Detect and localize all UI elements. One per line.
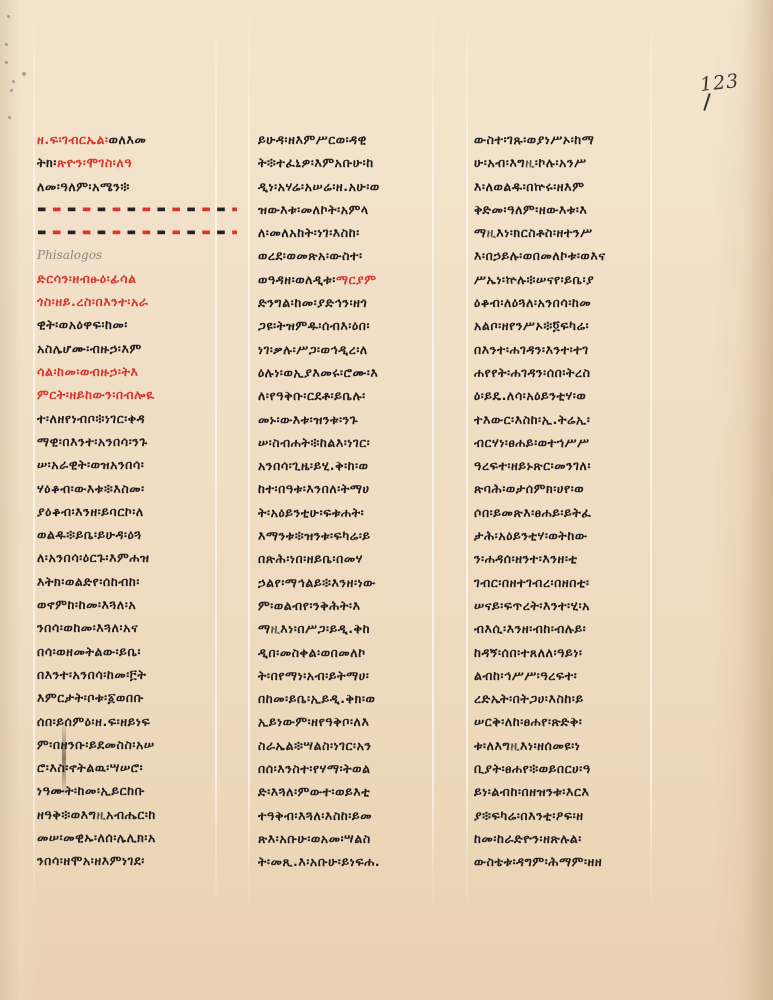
line-text: ገብር፡በዘተገብረ፡በዘበቲ፡: [474, 575, 590, 590]
line-text: መሠ፡መዊኡ፡ለሰ፡ሌሊክ፡አ: [37, 830, 156, 845]
ruling-line: [248, 0, 250, 910]
line-text: በሰ፡እንስተ፡የሃማ፡ትወል: [258, 761, 371, 776]
line-text: ጎስ፡ዘይ.ረስ፡በእንተ፡አራ: [37, 294, 149, 309]
text-line: እትክ፡ወልድየ፡ሰከብከ፡: [37, 570, 237, 593]
text-line: ከዳኝ፡ሰበ፡ተጸለለ፡ዓይነ፡: [474, 641, 674, 664]
line-text: ድ፡እጓለ፡ምውተ፡ወይእቲ: [258, 784, 370, 799]
line-text: ዝውእቱ፡መለኮት፡አምላ: [258, 202, 369, 217]
text-line: ይሁዳ፡ዘእምሥርወ፡ዳዊ: [258, 128, 458, 151]
line-text: ኢይነውም፡ዘየዓቅቦ፡ለእ: [258, 714, 370, 729]
pencil-annotation: Phisalogos: [37, 244, 237, 267]
text-line: ን፡ሐዳሰ፡ዘንተ፡እንዘ፡ቲ: [474, 547, 674, 570]
text-line: አስሌሆሙ፡ብዙኃ፡እም: [37, 337, 237, 360]
text-line: ይነ፡ልብከ፡በዘዝንቱ፡እርእ: [474, 780, 674, 803]
text-line: በጽሕ፡ነበ፡ዘይቤ፡በመሃ: [258, 547, 458, 570]
text-line: ለ፡መለአከት፡ነገ፡እስከ፡: [258, 221, 458, 244]
text-line: መኑ፡ውእቱ፡ዝንቱ፡ንጉ: [258, 408, 458, 431]
line-text: በሳ፡ወዘመትልው፡ይቤ፡: [37, 644, 141, 659]
text-line: ቢያት፡ፀሐየ፨ወይበርሀ፡ዓ: [474, 757, 674, 780]
text-line: ተ፡ለዘየነብቦ፨ነገር፡ቀዳ: [37, 407, 237, 430]
text-line: ቱ፡ለእግዚእነ፡ዘሰመዩ፡ነ: [474, 734, 674, 757]
foxing-spot: [22, 72, 26, 76]
line-text: ሐየየት፡ሐገዳን፡ሰበ፡ትረስ: [474, 365, 591, 380]
foxing-spot: [8, 116, 11, 119]
text-line: ውስቴቱ፡ዳግም፡ሕማም፡ዘዘ: [474, 850, 674, 873]
text-line: ብእሲ፡እንዘ፡ብከ፡ብሉይ፡: [474, 617, 674, 640]
line-text: እ፡በኃይሉ፡ወበመለኮቱ፡ወእና: [474, 248, 606, 263]
text-line: ከተ፡በዓቱ፡እንበለ፡ትማሀ: [258, 477, 458, 500]
line-text: ወዓዳዘ፡ወለዲቱ፡: [258, 272, 336, 287]
decorative-dot-divider: ▬ ▬ ▬ ▬ ▬ ▬ ▬ ▬ ▬ ▬ ▬ ▬ ▬ ▬ ▬ ▬ ▬ ▬ ▬ ▬ …: [37, 221, 237, 244]
line-text: ዘ.ፍ፡ገብርኤል፡: [37, 132, 109, 147]
line-text: ጽባሕ፡ወታሰምክ፡ሀየ፡ወ: [474, 481, 584, 496]
line-text: ጽእ፡አቡሁ፡ወአመ፡ሣልስ: [258, 831, 371, 846]
text-line: ጎስ፡ዘይ.ረስ፡በእንተ፡አራ: [37, 290, 237, 313]
line-text: ዲነ፡አሃሬ፡አሠሬ፡ዘ.አሁ፡ወ: [258, 179, 380, 194]
line-text: ሠ፡ስብሐት፨ከልእ፡ነገር፡: [258, 435, 370, 450]
text-line: ረድኤት፡በትጋሀ፡እስከ፡ይ: [474, 687, 674, 710]
line-text: ለ፡መለአከት፡ነገ፡እስከ፡: [258, 225, 360, 240]
text-line: ሃዕቆብ፡ውእቱ፨እስመ፡: [37, 477, 237, 500]
text-line: ዲበ፡መስቀል፡ወበመለኮ: [258, 641, 458, 664]
text-line: ዕሉነ፡ወኢያእመሩ፡ሮሙ፡እ: [258, 361, 458, 384]
text-line: እ፡ለወልዱ፡በኵሩ፡ዘእም: [474, 175, 674, 198]
line-text: ለመ፡ዓለም፡አሜን፨: [37, 179, 130, 194]
text-line: እ፡በኃይሉ፡ወበመለኮቱ፡ወእና: [474, 244, 674, 267]
text-line: ሠ፡አራዊት፡ወዝአንበሳ፡: [37, 453, 237, 476]
text-line: ወረደ፡ወመጽአ፡ውስተ፡: [258, 244, 458, 267]
folio-mark: [703, 93, 710, 111]
line-text: ወልዱ፨ይቤ፡ይሁዳ፡ዕጓ: [37, 527, 142, 542]
line-text: እትክ፡ወልድየ፡ሰከብከ፡: [37, 574, 140, 589]
line-text: ዕቆብ፡ለዕጓለ፡አንበሳ፡ከመ: [474, 295, 591, 310]
line-text: ሠ፡አራዊት፡ወዝአንበሳ፡: [37, 457, 144, 472]
line-text: ዓረፍተ፡ዘይኑጽር፡መንገለ፡: [474, 458, 591, 473]
folio-number: 123: [699, 70, 740, 96]
text-line: ት፡በየማነ፡አብ፡ይትማሀ፡: [258, 664, 458, 687]
line-text: ቅድመ፡ዓለም፡ዘውእቱ፡እ: [474, 202, 587, 217]
line-text: ትክ፡: [37, 155, 57, 170]
line-text: ረድኤት፡በትጋሀ፡እስከ፡ይ: [474, 691, 584, 706]
text-line: ድንግል፡ከመ፡ያድኅን፡ዘጎ: [258, 291, 458, 314]
line-text: ት፡መጺ.እ፡አቡሁ፡ይነፍሐ.: [258, 854, 380, 869]
line-text: እማንቱ፨ዝንቱ፡ፍካሬ፡ይ: [258, 528, 371, 543]
line-text: መኑ፡ውእቱ፡ዝንቱ፡ንጉ: [258, 412, 358, 427]
text-line: ት፨ተፈኒዎ፡እምአቡሁ፡ከ: [258, 151, 458, 174]
text-line: ለ፡አንበሳ፡ዕርጉ፡እምሐዝ: [37, 546, 237, 569]
text-line: ውስተ፡ገጹ፡ወያነሥኦ፡ከማ: [474, 128, 674, 151]
text-line: ያዕቆብ፡እንዘ፡ይባርኮ፡ለ: [37, 500, 237, 523]
text-line: ዊት፡ወአዕዋፍ፡ከመ፡: [37, 313, 237, 336]
line-text: ኃልየ፡ማኅልይ፨እንዘ፡ነው: [258, 575, 376, 590]
line-text-tail: ወለእመ: [109, 132, 147, 147]
line-text: ያ፨ፍካሬ፡በእንቲ፡ዖፍ፡ዘ: [474, 808, 584, 823]
line-text: ብርሃነ፡ፀሐይ፡ወተኀሥሥ: [474, 435, 590, 450]
text-line: ከመ፡ከራድዮን፡ዘጽሉል፡: [474, 827, 674, 850]
text-line: ዕቆብ፡ለዕጓለ፡አንበሳ፡ከመ: [474, 291, 674, 314]
line-text: በከመ፡ይቤ፡ኢይዲ.ቅክ፡ወ: [258, 691, 375, 706]
line-text: ወረደ፡ወመጽአ፡ውስተ፡: [258, 248, 363, 263]
line-text: ሶበ፡ይመጽእ፡ፀሐይ፡ይትፈ: [474, 505, 591, 520]
text-line: ስራኤል፨ሣልስ፡ነገር፡አን: [258, 734, 458, 757]
line-text: ማዊ፡በእንተ፡አንበሳ፡ንጉ: [37, 434, 148, 449]
text-line: ጽባሕ፡ወታሰምክ፡ሀየ፡ወ: [474, 477, 674, 500]
line-text: ማዚእነ፡ክርስቶስ፡ዘተንሥ: [474, 225, 593, 240]
foxing-spot: [5, 61, 8, 64]
line-text: ቱ፡ለእግዚእነ፡ዘሰመዩ፡ነ: [474, 738, 580, 753]
text-line: ምርት፡ዘይከውን፡በብሎዪ: [37, 383, 237, 406]
line-text: እ፡ለወልዱ፡በኵሩ፡ዘእም: [474, 179, 584, 194]
foxing-spot: [10, 89, 13, 92]
text-line: ሳል፡ከመ፡ወብዙኃ፡ትእ: [37, 360, 237, 383]
text-line: ተእውር፡እስከ፡ኢ.ትሬኢ፡: [474, 408, 674, 431]
line-text: አንበሳ፡ጊዜ፡ይሂ.ቅ፡ከ፡ወ: [258, 458, 369, 473]
line-text: ያዕቆብ፡እንዘ፡ይባርኮ፡ለ: [37, 504, 144, 519]
line-text: ድንግል፡ከመ፡ያድኅን፡ዘጎ: [258, 295, 367, 310]
line-text: ማዚእነ፡በሥጋ፡ይዲ.ቅከ: [258, 621, 370, 636]
line-text: ሥኤነ፡ኵሉ፨ሠናየ፡ይቤ፡ያ: [474, 272, 594, 287]
line-text: ለ፡አንበሳ፡ዕርጉ፡እምሐዝ: [37, 550, 150, 565]
line-text: ት፡አዕይንቲሁ፡ፍቱሐት፡: [258, 505, 364, 520]
text-line: ያ፨ፍካሬ፡በእንቲ፡ዖፍ፡ዘ: [474, 804, 674, 827]
line-text: ዲበ፡መስቀል፡ወበመለኮ: [258, 645, 366, 660]
line-text: ዕሉነ፡ወኢያእመሩ፡ሮሙ፡እ: [258, 365, 378, 380]
line-text: በጽሕ፡ነበ፡ዘይቤ፡በመሃ: [258, 551, 363, 566]
line-text: ውስቴቱ፡ዳግም፡ሕማም፡ዘዘ: [474, 854, 602, 869]
text-line: ዝውእቱ፡መለኮት፡አምላ: [258, 198, 458, 221]
text-line: ማዚእነ፡በሥጋ፡ይዲ.ቅከ: [258, 617, 458, 640]
text-line: ዲነ፡አሃሬ፡አሠሬ፡ዘ.አሁ፡ወ: [258, 175, 458, 198]
line-text: ዊት፡ወአዕዋፍ፡ከመ፡: [37, 317, 128, 332]
ruling-line: [33, 0, 35, 910]
text-line: ሰበ፡ይሰምዕ፡ዘ.ፍ፡ዘይነፍ: [37, 710, 237, 733]
line-text: ዘዓቅ፨ወእግዚአብሔር፡ከ: [37, 807, 156, 822]
line-text: ድርሳን፡ዘብፁዕ፡ፊሳል: [37, 271, 137, 286]
text-line: ወልዱ፨ይቤ፡ይሁዳ፡ዕጓ: [37, 523, 237, 546]
line-text: ም፡በዘንቡ፡ይደመስስ፡አሠ: [37, 737, 155, 752]
line-text: ነገ፡ቃሉ፡ሥጋ፡ወኅዲረ፡ለ: [258, 342, 368, 357]
text-line: ም፡ወልብየ፡ንቅሕት፡እ: [258, 594, 458, 617]
line-text: ት፡በየማነ፡አብ፡ይትማሀ፡: [258, 668, 369, 683]
text-line: ገብር፡በዘተገብረ፡በዘበቲ፡: [474, 571, 674, 594]
text-line: ዘዓቅ፨ወእግዚአብሔር፡ከ: [37, 803, 237, 826]
text-line: ዘ.ፍ፡ገብርኤል፡ወለእመ: [37, 128, 237, 151]
text-line: ታሕ፡አዕይንቲሃ፡ወትከው: [474, 524, 674, 547]
line-text: ልብከ፡ኅሥሥ፡ዓረፍተ፡: [474, 668, 577, 683]
text-line: ትክ፡ጽዮን፡ሞገስ፡ለዓ: [37, 151, 237, 174]
text-line: በሰ፡እንስተ፡የሃማ፡ትወል: [258, 757, 458, 780]
text-column-1: ዘ.ፍ፡ገብርኤል፡ወለእመትክ፡ጽዮን፡ሞገስ፡ለዓለመ፡ዓለም፡አሜን፨▬ …: [37, 128, 237, 873]
text-line: ማዊ፡በእንተ፡አንበሳ፡ንጉ: [37, 430, 237, 453]
text-line: ቅድመ፡ዓለም፡ዘውእቱ፡እ: [474, 198, 674, 221]
text-line: በእንተ፡አንበሳ፡ከመ፡፫ት: [37, 663, 237, 686]
line-text: አስሌሆሙ፡ብዙኃ፡እም: [37, 341, 142, 356]
text-line: ተዓቅብ፡እጓለ፡እስከ፡ይመ: [258, 804, 458, 827]
line-text: ስራኤል፨ሣልስ፡ነገር፡አን: [258, 738, 372, 753]
text-column-2: ይሁዳ፡ዘእምሥርወ፡ዳዊት፨ተፈኒዎ፡እምአቡሁ፡ከዲነ፡አሃሬ፡አሠሬ፡ዘ.…: [258, 128, 458, 874]
text-line: ድ፡እጓለ፡ምውተ፡ወይእቲ: [258, 780, 458, 803]
text-line: ወኖምከ፡ከመ፡እጓለ፡አ: [37, 593, 237, 616]
text-line: መሠ፡መዊኡ፡ለሰ፡ሌሊክ፡አ: [37, 826, 237, 849]
text-line: እማንቱ፨ዝንቱ፡ፍካሬ፡ይ: [258, 524, 458, 547]
foxing-spot: [5, 43, 8, 46]
line-text: ዕ፡ይዴ.ለሳ፡አዕይንቲሃ፡ወ: [474, 388, 586, 403]
line-text: ለ፡የዓቅቡ፡ርደቶ፡ይቤሉ፡: [258, 388, 366, 403]
line-text: ውስተ፡ገጹ፡ወያነሥኦ፡ከማ: [474, 132, 594, 147]
line-text: ከዳኝ፡ሰበ፡ተጸለለ፡ዓይነ፡: [474, 645, 583, 660]
line-text: ወኖምከ፡ከመ፡እጓለ፡አ: [37, 597, 136, 612]
line-text: በእንተ፡አንበሳ፡ከመ፡፫ት: [37, 667, 146, 682]
text-line: ነዓሙት፡ከመ፡ኢይርከቡ: [37, 779, 237, 802]
line-text: ታሕ፡አዕይንቲሃ፡ወትከው: [474, 528, 587, 543]
line-text: ሠናይ፡ፍጥረት፡እንተ፡ሂ፡አ: [474, 598, 590, 613]
text-line: ም፡በዘንቡ፡ይደመስስ፡አሠ: [37, 733, 237, 756]
text-line: በሳ፡ወዘመትልው፡ይቤ፡: [37, 640, 237, 663]
text-line: ሮ፡እስ፡ኖትልዉ፡ሣሠሮ፡: [37, 756, 237, 779]
line-text: ጋዩ፡ትዝምዱ፡ሰብእ፡ዕበ፡: [258, 318, 370, 333]
line-text: ሮ፡እስ፡ኖትልዉ፡ሣሠሮ፡: [37, 760, 143, 775]
text-line: በእንተ፡ሐገዳን፡እንተ፡ተገ: [474, 338, 674, 361]
text-line: ጋዩ፡ትዝምዱ፡ሰብእ፡ዕበ፡: [258, 314, 458, 337]
ruling-line: [466, 0, 468, 910]
text-line: ሐየየት፡ሐገዳን፡ሰበ፡ትረስ: [474, 361, 674, 384]
line-text: አልቦ፡ዘየንሥኦ፨፬ፍካሬ፡: [474, 318, 589, 333]
line-text: ነዓሙት፡ከመ፡ኢይርከቡ: [37, 783, 145, 798]
line-text: ሠርቅ፡ለከ፡ፀሐየ፡ጽድቅ፡: [474, 714, 582, 729]
text-line: ሶበ፡ይመጽእ፡ፀሐይ፡ይትፈ: [474, 501, 674, 524]
text-line: ሠ፡ስብሐት፨ከልእ፡ነገር፡: [258, 431, 458, 454]
line-text: ከተ፡በዓቱ፡እንበለ፡ትማሀ: [258, 481, 370, 496]
text-line: ሥኤነ፡ኵሉ፨ሠናየ፡ይቤ፡ያ: [474, 268, 674, 291]
text-line: ለ፡የዓቅቡ፡ርደቶ፡ይቤሉ፡: [258, 384, 458, 407]
text-line: ንበሳ፡ወከመ፡እጓለ፡አና: [37, 616, 237, 639]
text-line: ልብከ፡ኅሥሥ፡ዓረፍተ፡: [474, 664, 674, 687]
line-text: ንበሳ፡ወከመ፡እጓለ፡አና: [37, 620, 138, 635]
line-text: ን፡ሐዳሰ፡ዘንተ፡እንዘ፡ቲ: [474, 551, 578, 566]
line-text-tail: ማርያም: [336, 272, 377, 287]
line-text: ምርት፡ዘይከውን፡በብሎዪ: [37, 387, 155, 402]
line-text: ሳል፡ከመ፡ወብዙኃ፡ትእ: [37, 364, 139, 379]
line-text-tail: ጽዮን፡ሞገስ፡ለዓ: [57, 155, 132, 170]
text-line: ዓረፍተ፡ዘይኑጽር፡መንገለ፡: [474, 454, 674, 477]
line-text: ቢያት፡ፀሐየ፨ወይበርሀ፡ዓ: [474, 761, 591, 776]
text-line: ወዓዳዘ፡ወለዲቱ፡ማርያም: [258, 268, 458, 291]
text-line: አንበሳ፡ጊዜ፡ይሂ.ቅ፡ከ፡ወ: [258, 454, 458, 477]
line-text: ከመ፡ከራድዮን፡ዘጽሉል፡: [474, 831, 582, 846]
text-line: አልቦ፡ዘየንሥኦ፨፬ፍካሬ፡: [474, 314, 674, 337]
line-text: ሁ፡አብ፡እግዚ፡ኮሉ፡አንሥ: [474, 155, 587, 170]
line-text: ይነ፡ልብከ፡በዘዝንቱ፡እርእ: [474, 784, 590, 799]
text-line: እምርታት፡ቦቱ፡፩ወበቡ: [37, 686, 237, 709]
text-line: ዕ፡ይዴ.ለሳ፡አዕይንቲሃ፡ወ: [474, 384, 674, 407]
text-line: ኃልየ፡ማኅልይ፨እንዘ፡ነው: [258, 571, 458, 594]
line-text: ብእሲ፡እንዘ፡ብከ፡ብሉይ፡: [474, 621, 586, 636]
line-text: ተ፡ለዘየነብቦ፨ነገር፡ቀዳ: [37, 411, 145, 426]
line-text: ም፡ወልብየ፡ንቅሕት፡እ: [258, 598, 361, 613]
text-line: ንበሳ፡ዘሞአ፡ዘእምነገደ፡: [37, 849, 237, 872]
text-line: ሁ፡አብ፡እግዚ፡ኮሉ፡አንሥ: [474, 151, 674, 174]
text-line: ት፡መጺ.እ፡አቡሁ፡ይነፍሐ.: [258, 850, 458, 873]
line-text: ት፨ተፈኒዎ፡እምአቡሁ፡ከ: [258, 155, 374, 170]
text-line: ማዚእነ፡ክርስቶስ፡ዘተንሥ: [474, 221, 674, 244]
text-line: ት፡አዕይንቲሁ፡ፍቱሐት፡: [258, 501, 458, 524]
line-text: ተዓቅብ፡እጓለ፡እስከ፡ይመ: [258, 808, 372, 823]
line-text: እምርታት፡ቦቱ፡፩ወበቡ: [37, 690, 144, 705]
text-line: ለመ፡ዓለም፡አሜን፨: [37, 175, 237, 198]
text-column-3: ውስተ፡ገጹ፡ወያነሥኦ፡ከማሁ፡አብ፡እግዚ፡ኮሉ፡አንሥእ፡ለወልዱ፡በኵሩ…: [474, 128, 674, 874]
line-text: ንበሳ፡ዘሞአ፡ዘእምነገደ፡: [37, 853, 145, 868]
decorative-dot-divider: ▬ ▬ ▬ ▬ ▬ ▬ ▬ ▬ ▬ ▬ ▬ ▬ ▬ ▬ ▬ ▬ ▬ ▬ ▬ ▬ …: [37, 198, 237, 221]
text-line: ብርሃነ፡ፀሐይ፡ወተኀሥሥ: [474, 431, 674, 454]
foxing-spot: [12, 80, 15, 83]
line-text: ሃዕቆብ፡ውእቱ፨እስመ፡: [37, 481, 145, 496]
foxing-spot: [7, 15, 10, 18]
line-text: ሰበ፡ይሰምዕ፡ዘ.ፍ፡ዘይነፍ: [37, 714, 150, 729]
line-text: ተእውር፡እስከ፡ኢ.ትሬኢ፡: [474, 412, 590, 427]
text-line: በከመ፡ይቤ፡ኢይዲ.ቅክ፡ወ: [258, 687, 458, 710]
text-line: ሠርቅ፡ለከ፡ፀሐየ፡ጽድቅ፡: [474, 710, 674, 733]
page-edge-shadow: [743, 0, 773, 1000]
line-text: በእንተ፡ሐገዳን፡እንተ፡ተገ: [474, 342, 589, 357]
text-line: ኢይነውም፡ዘየዓቅቦ፡ለእ: [258, 710, 458, 733]
text-line: ነገ፡ቃሉ፡ሥጋ፡ወኅዲረ፡ለ: [258, 338, 458, 361]
line-text: ይሁዳ፡ዘእምሥርወ፡ዳዊ: [258, 132, 367, 147]
text-line: ድርሳን፡ዘብፁዕ፡ፊሳል: [37, 267, 237, 290]
text-line: ሠናይ፡ፍጥረት፡እንተ፡ሂ፡አ: [474, 594, 674, 617]
text-line: ጽእ፡አቡሁ፡ወአመ፡ሣልስ: [258, 827, 458, 850]
